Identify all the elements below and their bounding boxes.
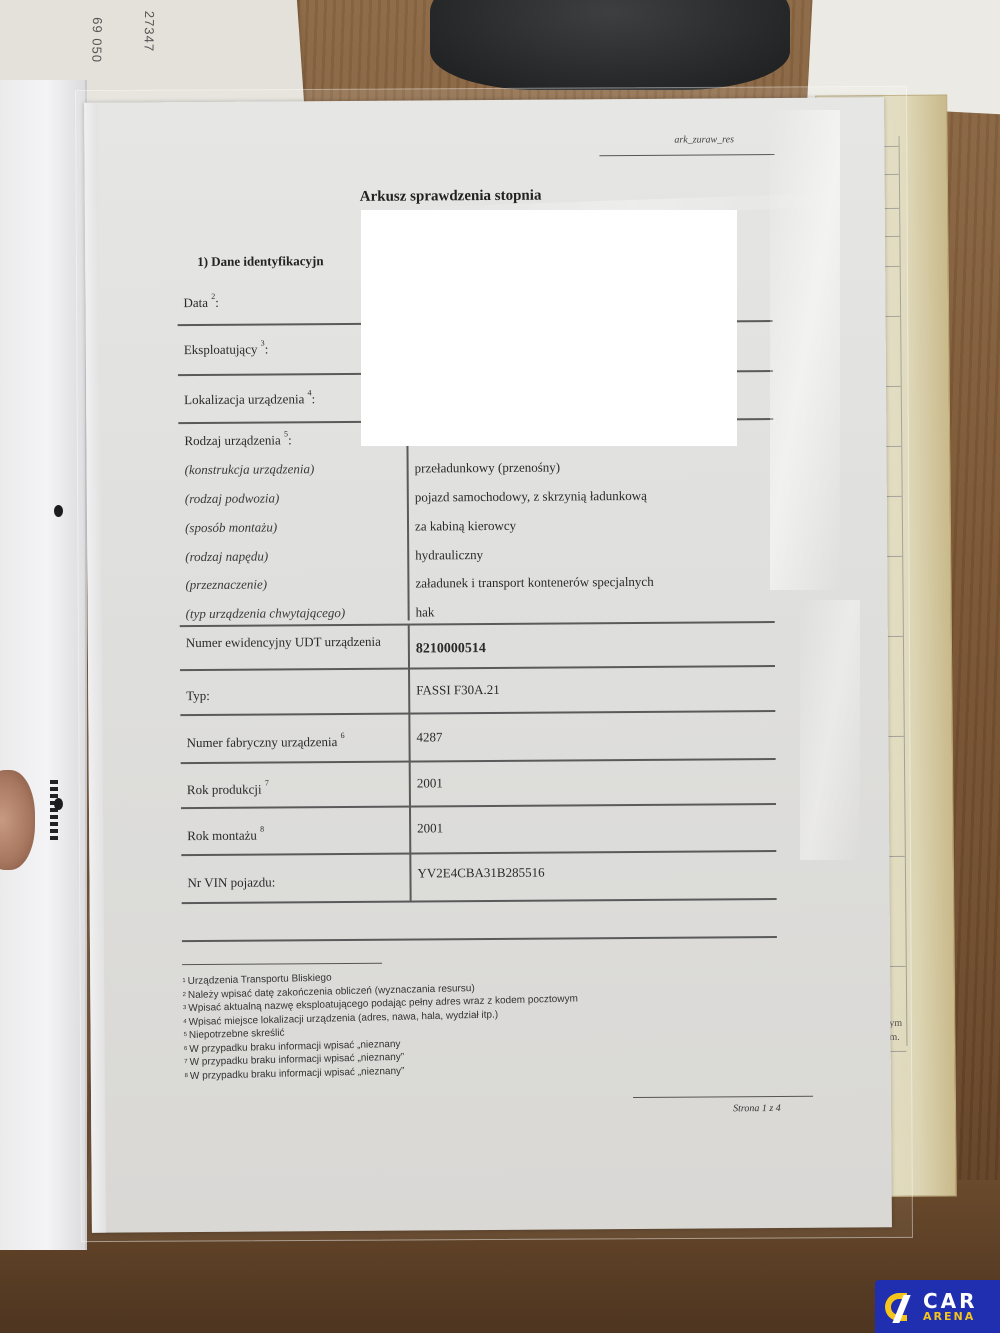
row-divider (180, 621, 775, 627)
detail-label: Typ: (186, 688, 210, 704)
device-type-value: przeładunkowy (przenośny) (415, 459, 561, 476)
row-divider (181, 758, 776, 764)
device-type-value: pojazd samochodowy, z skrzynią ładunkową (415, 488, 647, 506)
field-label: Data 2: (183, 295, 219, 311)
device-type-label: (sposób montażu) (185, 519, 277, 536)
scrap-number: 69 050 (89, 17, 105, 63)
document-title: Arkusz sprawdzenia stopnia (360, 188, 542, 206)
device-type-value: za kabiną kierowcy (415, 518, 516, 535)
detail-row-vin: Nr VIN pojazdu: YV2E4CBA31B285516 (181, 871, 776, 875)
binder-stamp (50, 780, 58, 840)
device-type-value: hak (416, 604, 435, 620)
detail-label: Nr VIN pojazdu: (187, 874, 275, 891)
row-divider (181, 803, 776, 809)
detail-value: FASSI F30A.21 (416, 682, 500, 699)
device-type-label: (konstrukcja urządzenia) (185, 461, 315, 478)
detail-label: Rok montażu 8 (187, 828, 264, 845)
row-divider (182, 898, 777, 904)
footnote-separator (182, 963, 382, 965)
detail-value: 2001 (417, 775, 443, 791)
detail-row-udt: Numer ewidencyjny UDT urządzenia 8210000… (180, 630, 775, 634)
field-label: Lokalizacja urządzenia 4: (184, 391, 315, 408)
logo-brand-top: CAR (923, 1291, 978, 1311)
detail-value: 8210000514 (416, 641, 486, 657)
device-type-row: (typ urządzenia chwytającego) hak (180, 602, 775, 606)
detail-row-serial: Numer fabryczny urządzenia 6 4287 (180, 731, 775, 735)
detail-value: YV2E4CBA31B285516 (417, 865, 544, 882)
page-number-line (633, 1096, 813, 1098)
form-code-line (599, 154, 774, 156)
row-divider (180, 710, 775, 716)
field-label: Eksploatujący 3: (184, 342, 269, 359)
logo-brand-bottom: ARENA (923, 1311, 978, 1322)
device-type-row: (rodzaj napędu) hydrauliczny (179, 545, 774, 549)
detail-value: 4287 (416, 729, 442, 745)
redaction-box (361, 210, 737, 446)
scrap-number: 27347 (141, 11, 157, 52)
footnotes: 1Urządzenia Transportu Bliskiego 2Należy… (182, 965, 580, 1083)
binder-left-page (0, 80, 87, 1250)
column-divider (406, 423, 409, 621)
detail-label: Numer fabryczny urządzenia 6 (186, 734, 344, 751)
ring-hole (54, 798, 63, 810)
car-arena-logo-icon (885, 1291, 915, 1323)
device-type-value: hydrauliczny (415, 547, 483, 563)
device-type-row: (rodzaj podwozia) pojazd samochodowy, z … (179, 487, 774, 491)
device-type-row: (przeznaczenie) załadunek i transport ko… (179, 573, 774, 577)
device-type-label: (przeznaczenie) (185, 577, 267, 594)
detail-value: 2001 (417, 820, 443, 836)
form-code: ark_zuraw_res (674, 134, 734, 145)
device-type-label: (rodzaj napędu) (185, 549, 268, 566)
detail-row-type: Typ: FASSI F30A.21 (180, 684, 775, 688)
device-type-label: (typ urządzenia chwytającego) (186, 605, 346, 622)
car-arena-logo: CAR ARENA (875, 1280, 1000, 1333)
device-type-label: (rodzaj podwozia) (185, 490, 280, 507)
detail-row-production-year: Rok produkcji 7 2001 (181, 778, 776, 782)
device-type-row: (konstrukcja urządzenia) przeładunkowy (… (179, 458, 774, 462)
page-number: Strona 1 z 4 (733, 1103, 781, 1114)
row-divider (181, 850, 776, 856)
dark-object (430, 0, 790, 90)
device-type-row: (sposób montażu) za kabiną kierowcy (179, 516, 774, 520)
device-type-value: załadunek i transport kontenerów specjal… (415, 574, 653, 592)
detail-label: Rok produkcji 7 (187, 782, 269, 799)
row-divider (182, 936, 777, 942)
detail-row-install-year: Rok montażu 8 2001 (181, 824, 776, 828)
row-divider (180, 665, 775, 671)
section-title: 1) Dane identyfikacyjn (197, 253, 323, 270)
field-label: Rodzaj urządzenia 5: (184, 432, 291, 449)
ring-hole (54, 505, 63, 517)
logo-text: CAR ARENA (923, 1291, 978, 1322)
detail-label: Numer ewidencyjny UDT urządzenia (186, 633, 386, 651)
